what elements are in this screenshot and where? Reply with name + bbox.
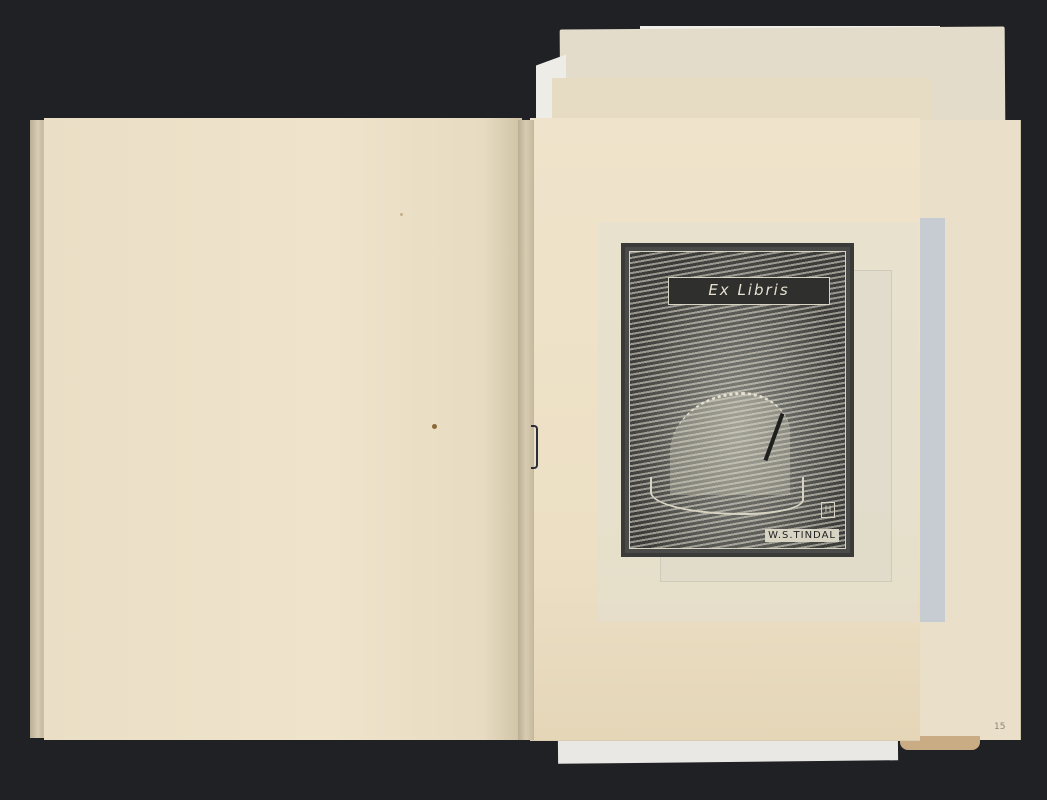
artist-signature: W.S.TINDAL — [765, 529, 839, 542]
left-page — [44, 118, 522, 740]
ex-libris-text: Ex Libris — [669, 281, 829, 299]
blue-paper-strip — [920, 218, 945, 622]
bookplate: Ex Libris H W.S.TINDAL — [621, 243, 854, 557]
staple-icon — [531, 425, 538, 469]
foxing-spot — [400, 213, 403, 216]
bookplate-woodcut: Ex Libris H W.S.TINDAL — [629, 251, 846, 549]
foxing-spot — [432, 424, 437, 429]
ship-hull-icon — [650, 477, 804, 515]
monogram: H — [821, 502, 835, 518]
page-number: 15 — [994, 722, 1005, 732]
bookplate-banner: Ex Libris — [668, 277, 830, 305]
loose-sheet-bottom — [558, 736, 898, 764]
